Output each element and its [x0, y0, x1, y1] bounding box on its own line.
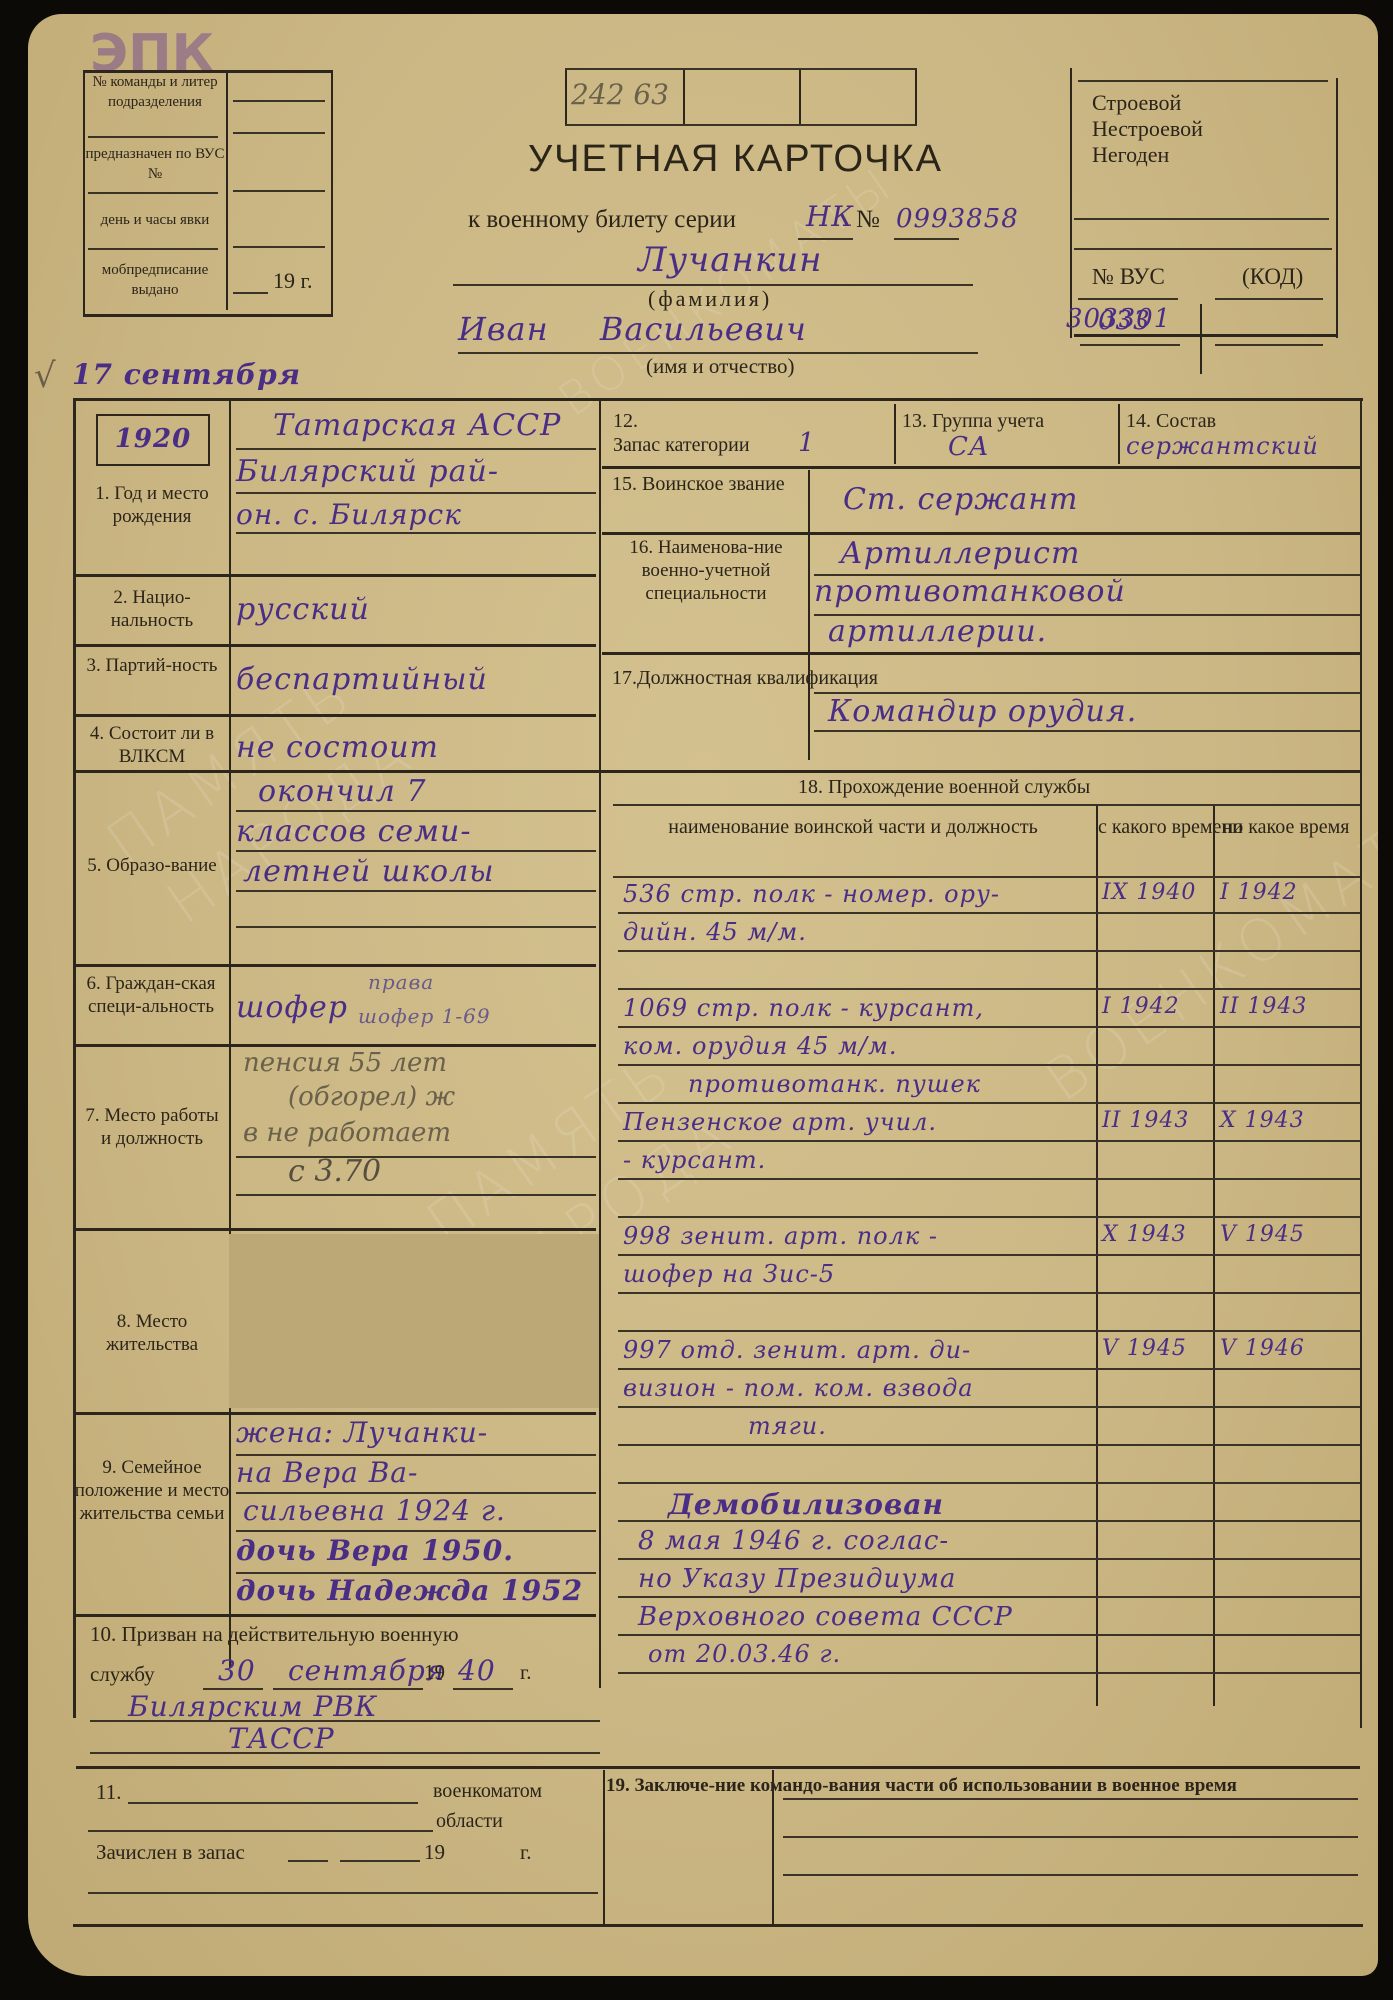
service-row-4-to: V 1945 [1220, 1222, 1305, 1247]
ticket-series: НК [806, 200, 854, 233]
birth-day-note: 17 сентября [72, 358, 301, 391]
page-title: УЧЕТНАЯ КАРТОЧКА [528, 138, 943, 181]
label-registration-group: 13. Группа учета [902, 410, 1044, 433]
col-unit-header: наименование воинской части и должность [613, 814, 1093, 841]
service-row-2-unit-line-2: ком. орудия 45 м/м. [623, 1032, 898, 1060]
service-row-5-unit-line-3: тяги. [748, 1412, 827, 1440]
family-line-3: сильевна 1924 г. [243, 1494, 506, 1527]
education-line-1: окончил 7 [258, 774, 427, 809]
label-civil-specialty: 6. Граждан-ская специ-альность [76, 972, 226, 1018]
service-row-4-unit-line-1: 998 зенит. арт. полк - [623, 1222, 938, 1250]
civil-specialty-note-top: права [368, 970, 434, 994]
label-command: № команды и литер подразделения [85, 72, 225, 112]
label-residence: 8. Место жительства [78, 1310, 226, 1356]
workplace-line-4: с 3.70 [288, 1154, 381, 1189]
col-to-header: по какое время [1216, 814, 1356, 841]
label-family: 9. Семейное положение и место жительства… [74, 1456, 230, 1525]
fitness-option-noncombat: Нестроевой [1092, 116, 1203, 141]
vus-code-value: 303301 [1066, 304, 1171, 334]
label-composition: 14. Состав [1126, 410, 1216, 433]
birth-place-line-1: Татарская АССР [273, 408, 561, 443]
reserve-year-suffix: г. [520, 1840, 532, 1865]
surname: Лучанкин [638, 240, 823, 280]
label-nationality: 2. Нацио-нальность [78, 586, 226, 632]
given-names-caption: (имя и отчество) [646, 354, 795, 379]
education-line-2: классов семи- [236, 814, 471, 849]
field12-number: 12. [613, 410, 638, 433]
demob-line-2: 8 мая 1946 г. соглас- [638, 1526, 949, 1556]
service-row-3-from: II 1943 [1102, 1108, 1189, 1133]
fitness-option-unfit: Негоден [1092, 142, 1169, 167]
service-title: 18. Прохождение военной службы [798, 776, 1090, 799]
label-komsomol: 4. Состоит ли в ВЛКСМ [74, 722, 230, 768]
conscripted-by-line-1: Билярским РВК [128, 1690, 378, 1723]
conscription-year-prefix: 19 [424, 1660, 445, 1685]
conscripted-by-line-2: ТАССР [228, 1722, 335, 1755]
label-reserve: Зачислен в запас [96, 1840, 245, 1865]
mob-order-year: 19 г. [273, 268, 313, 294]
fitness-option-combat: Строевой [1092, 90, 1181, 115]
demob-line-3: но Указу Президиума [638, 1564, 956, 1594]
birth-place-line-2: Билярский рай- [236, 454, 499, 489]
label-conscription: 10. Призван на действительную военную [90, 1622, 459, 1647]
service-row-3-to: X 1943 [1220, 1108, 1305, 1133]
label-region: области [436, 1810, 503, 1833]
label-workplace: 7. Место работы и должность [78, 1104, 226, 1150]
workplace-line-1: пенсия 55 лет [243, 1048, 447, 1078]
archive-box: 242 63 [565, 68, 917, 126]
label-rank: 15. Воинское звание [612, 472, 802, 496]
surname-caption: (фамилия) [648, 286, 772, 312]
service-row-5-from: V 1945 [1102, 1336, 1187, 1361]
code-label: (КОД) [1242, 264, 1303, 290]
label-qualification: 17.Должностная квалификация [612, 666, 808, 690]
family-line-5: дочь Надежда 1952 [236, 1574, 583, 1607]
service-row-2-unit-line-3: противотанк. пушек [688, 1070, 981, 1098]
label-command-conclusion: 19. Заключе-ние командо-вания части об и… [606, 1774, 770, 1798]
workplace-line-2: (обгорел) ж [288, 1082, 455, 1112]
ticket-number: 0993858 [896, 204, 1019, 234]
label-mob-order: мобпредписание выдано [85, 260, 225, 300]
label-reserve-category: Запас категории [613, 434, 750, 457]
label-birth: 1. Год и место рождения [78, 482, 226, 528]
reserve-year-prefix: 19 [424, 1840, 445, 1865]
label-commissariat: военкоматом [433, 1780, 542, 1803]
service-row-2-from: I 1942 [1102, 994, 1180, 1019]
workplace-line-3: в не работает [243, 1118, 451, 1148]
label-education: 5. Образо-вание [78, 854, 226, 877]
label-vus-assigned: предназначен по ВУС № [85, 144, 225, 184]
party-value: беспартийный [236, 662, 488, 697]
qualification-value: Командир орудия. [828, 694, 1137, 729]
label-arrival-time: день и часы явки [85, 210, 225, 230]
family-line-1: жена: Лучанки- [236, 1416, 488, 1449]
conscription-year-suffix: г. [520, 1660, 532, 1685]
label-vus-name: 16. Наименова-ние военно-учетной специал… [606, 536, 806, 605]
civil-specialty-note-bottom: шофер 1-69 [358, 1004, 491, 1028]
check-mark: √ [34, 356, 56, 396]
civil-specialty-value: шофер [236, 990, 348, 1025]
service-row-1-from: IX 1940 [1102, 880, 1196, 905]
service-row-3-unit-line-1: Пензенское арт. учил. [623, 1108, 937, 1136]
family-line-2: на Вера Ва- [236, 1456, 418, 1489]
nationality-value: русский [236, 592, 370, 627]
conscription-day: 30 [218, 1654, 256, 1687]
vus-label: № ВУС [1092, 264, 1165, 290]
vus-name-line-1: Артиллерист [840, 536, 1080, 571]
birth-year-box: 1920 [96, 414, 210, 466]
service-row-2-to: II 1943 [1220, 994, 1307, 1019]
reserve-category-value: 1 [798, 428, 816, 458]
number-sign: № [856, 206, 880, 234]
mobilization-box: № команды и литер подразделения предназн… [83, 70, 333, 314]
registration-card: ПАМЯТЬ НАРОДА ПАМЯТЬ НАРОДА ВОЕНКОМАТЫ В… [28, 14, 1378, 1976]
family-line-4: дочь Вера 1950. [236, 1534, 514, 1567]
vus-name-line-3: артиллерии. [828, 614, 1047, 649]
service-row-5-to: V 1946 [1220, 1336, 1305, 1361]
service-row-5-unit-line-2: визион - пом. ком. взвода [623, 1374, 974, 1402]
birth-year: 1920 [98, 416, 208, 462]
education-line-3: летней школы [243, 854, 495, 889]
rank-value: Ст. сержант [843, 482, 1078, 517]
demob-line-4: Верховного совета СССР [638, 1602, 1013, 1632]
service-row-3-unit-line-2: - курсант. [623, 1146, 766, 1174]
composition-value: сержантский [1126, 432, 1319, 460]
vus-name-line-2: противотанковой [814, 574, 1126, 609]
service-row-5-unit-line-1: 997 отд. зенит. арт. ди- [623, 1336, 971, 1364]
demob-line-5: от 20.03.46 г. [648, 1640, 841, 1668]
field11-number: 11. [96, 1780, 121, 1805]
komsomol-value: не состоит [236, 730, 439, 765]
label-service: службу [90, 1662, 155, 1687]
archive-number: 242 63 [571, 78, 669, 111]
col-from-header: с какого времени [1098, 814, 1210, 841]
service-row-2-unit-line-1: 1069 стр. полк - курсант, [623, 994, 984, 1022]
service-row-4-from: X 1943 [1102, 1222, 1187, 1247]
registration-group-value: СА [948, 432, 990, 462]
service-row-1-to: I 1942 [1220, 880, 1298, 905]
conscription-month: сентября [288, 1654, 445, 1687]
conscription-year: 40 [458, 1654, 496, 1687]
demob-line-1: Демобилизован [668, 1488, 944, 1521]
service-row-1-unit-line-2: дийн. 45 м/м. [623, 918, 807, 946]
birth-place-line-3: он. с. Билярск [236, 498, 462, 531]
service-row-4-unit-line-2: шофер на Зис-5 [623, 1260, 835, 1288]
fitness-box: Строевой Нестроевой Негоден № ВУС (КОД) … [1070, 68, 1338, 338]
label-party: 3. Партий-ность [78, 654, 226, 677]
ticket-label: к военному билету серии [468, 206, 736, 234]
service-row-1-unit-line-1: 536 стр. полк - номер. ору- [623, 880, 1000, 908]
redacted-residence [229, 1234, 599, 1408]
given-names: Иван Васильевич [458, 310, 807, 348]
